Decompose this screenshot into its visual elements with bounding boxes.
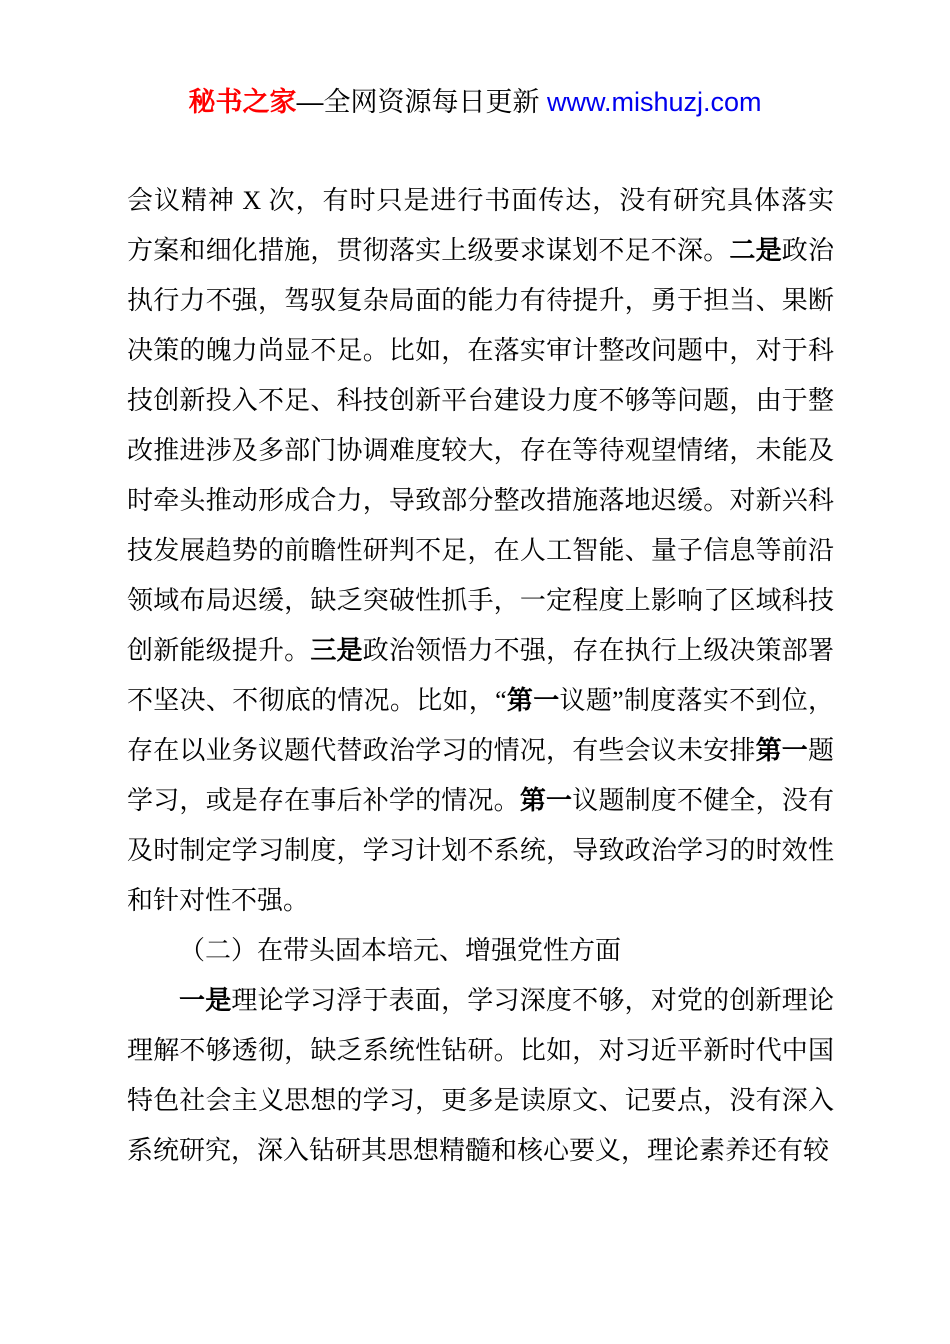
text-run-bold: 第一: [520, 786, 572, 815]
text-run: 政治执行力不强，驾驭复杂局面的能力有待提升，勇于担当、果断决策的魄力尚显不足。比…: [127, 236, 834, 665]
text-run: 会议精神 X 次，有时只是进行书面传达，没有研究具体落实方案和细化措施，贯彻落实…: [127, 186, 834, 265]
text-run-bold: 第一: [756, 736, 808, 765]
text-run-bold: 一是: [179, 986, 231, 1015]
site-tagline: —全网资源每日更新: [296, 87, 547, 117]
site-header: 秘书之家—全网资源每日更新 www.mishuzj.com: [0, 0, 950, 119]
site-url-link[interactable]: www.mishuzj.com: [547, 87, 762, 117]
text-run: 理论学习浮于表面，学习深度不够，对党的创新理论理解不够透彻，缺乏系统性钻研。比如…: [127, 986, 834, 1165]
paragraph: （二）在带头固本培元、增强党性方面: [127, 926, 834, 976]
document-page: 秘书之家—全网资源每日更新 www.mishuzj.com 会议精神 X 次，有…: [0, 0, 950, 1344]
text-run-bold: 三是: [310, 636, 362, 665]
paragraph: 会议精神 X 次，有时只是进行书面传达，没有研究具体落实方案和细化措施，贯彻落实…: [127, 176, 834, 926]
text-run-bold: 二是: [729, 236, 781, 265]
text-run: （二）在带头固本培元、增强党性方面: [179, 936, 621, 965]
paragraph: 一是理论学习浮于表面，学习深度不够，对党的创新理论理解不够透彻，缺乏系统性钻研。…: [127, 976, 834, 1176]
document-body: 会议精神 X 次，有时只是进行书面传达，没有研究具体落实方案和细化措施，贯彻落实…: [127, 176, 834, 1176]
text-run-bold: 第一: [507, 686, 560, 715]
site-brand: 秘书之家: [188, 87, 296, 117]
